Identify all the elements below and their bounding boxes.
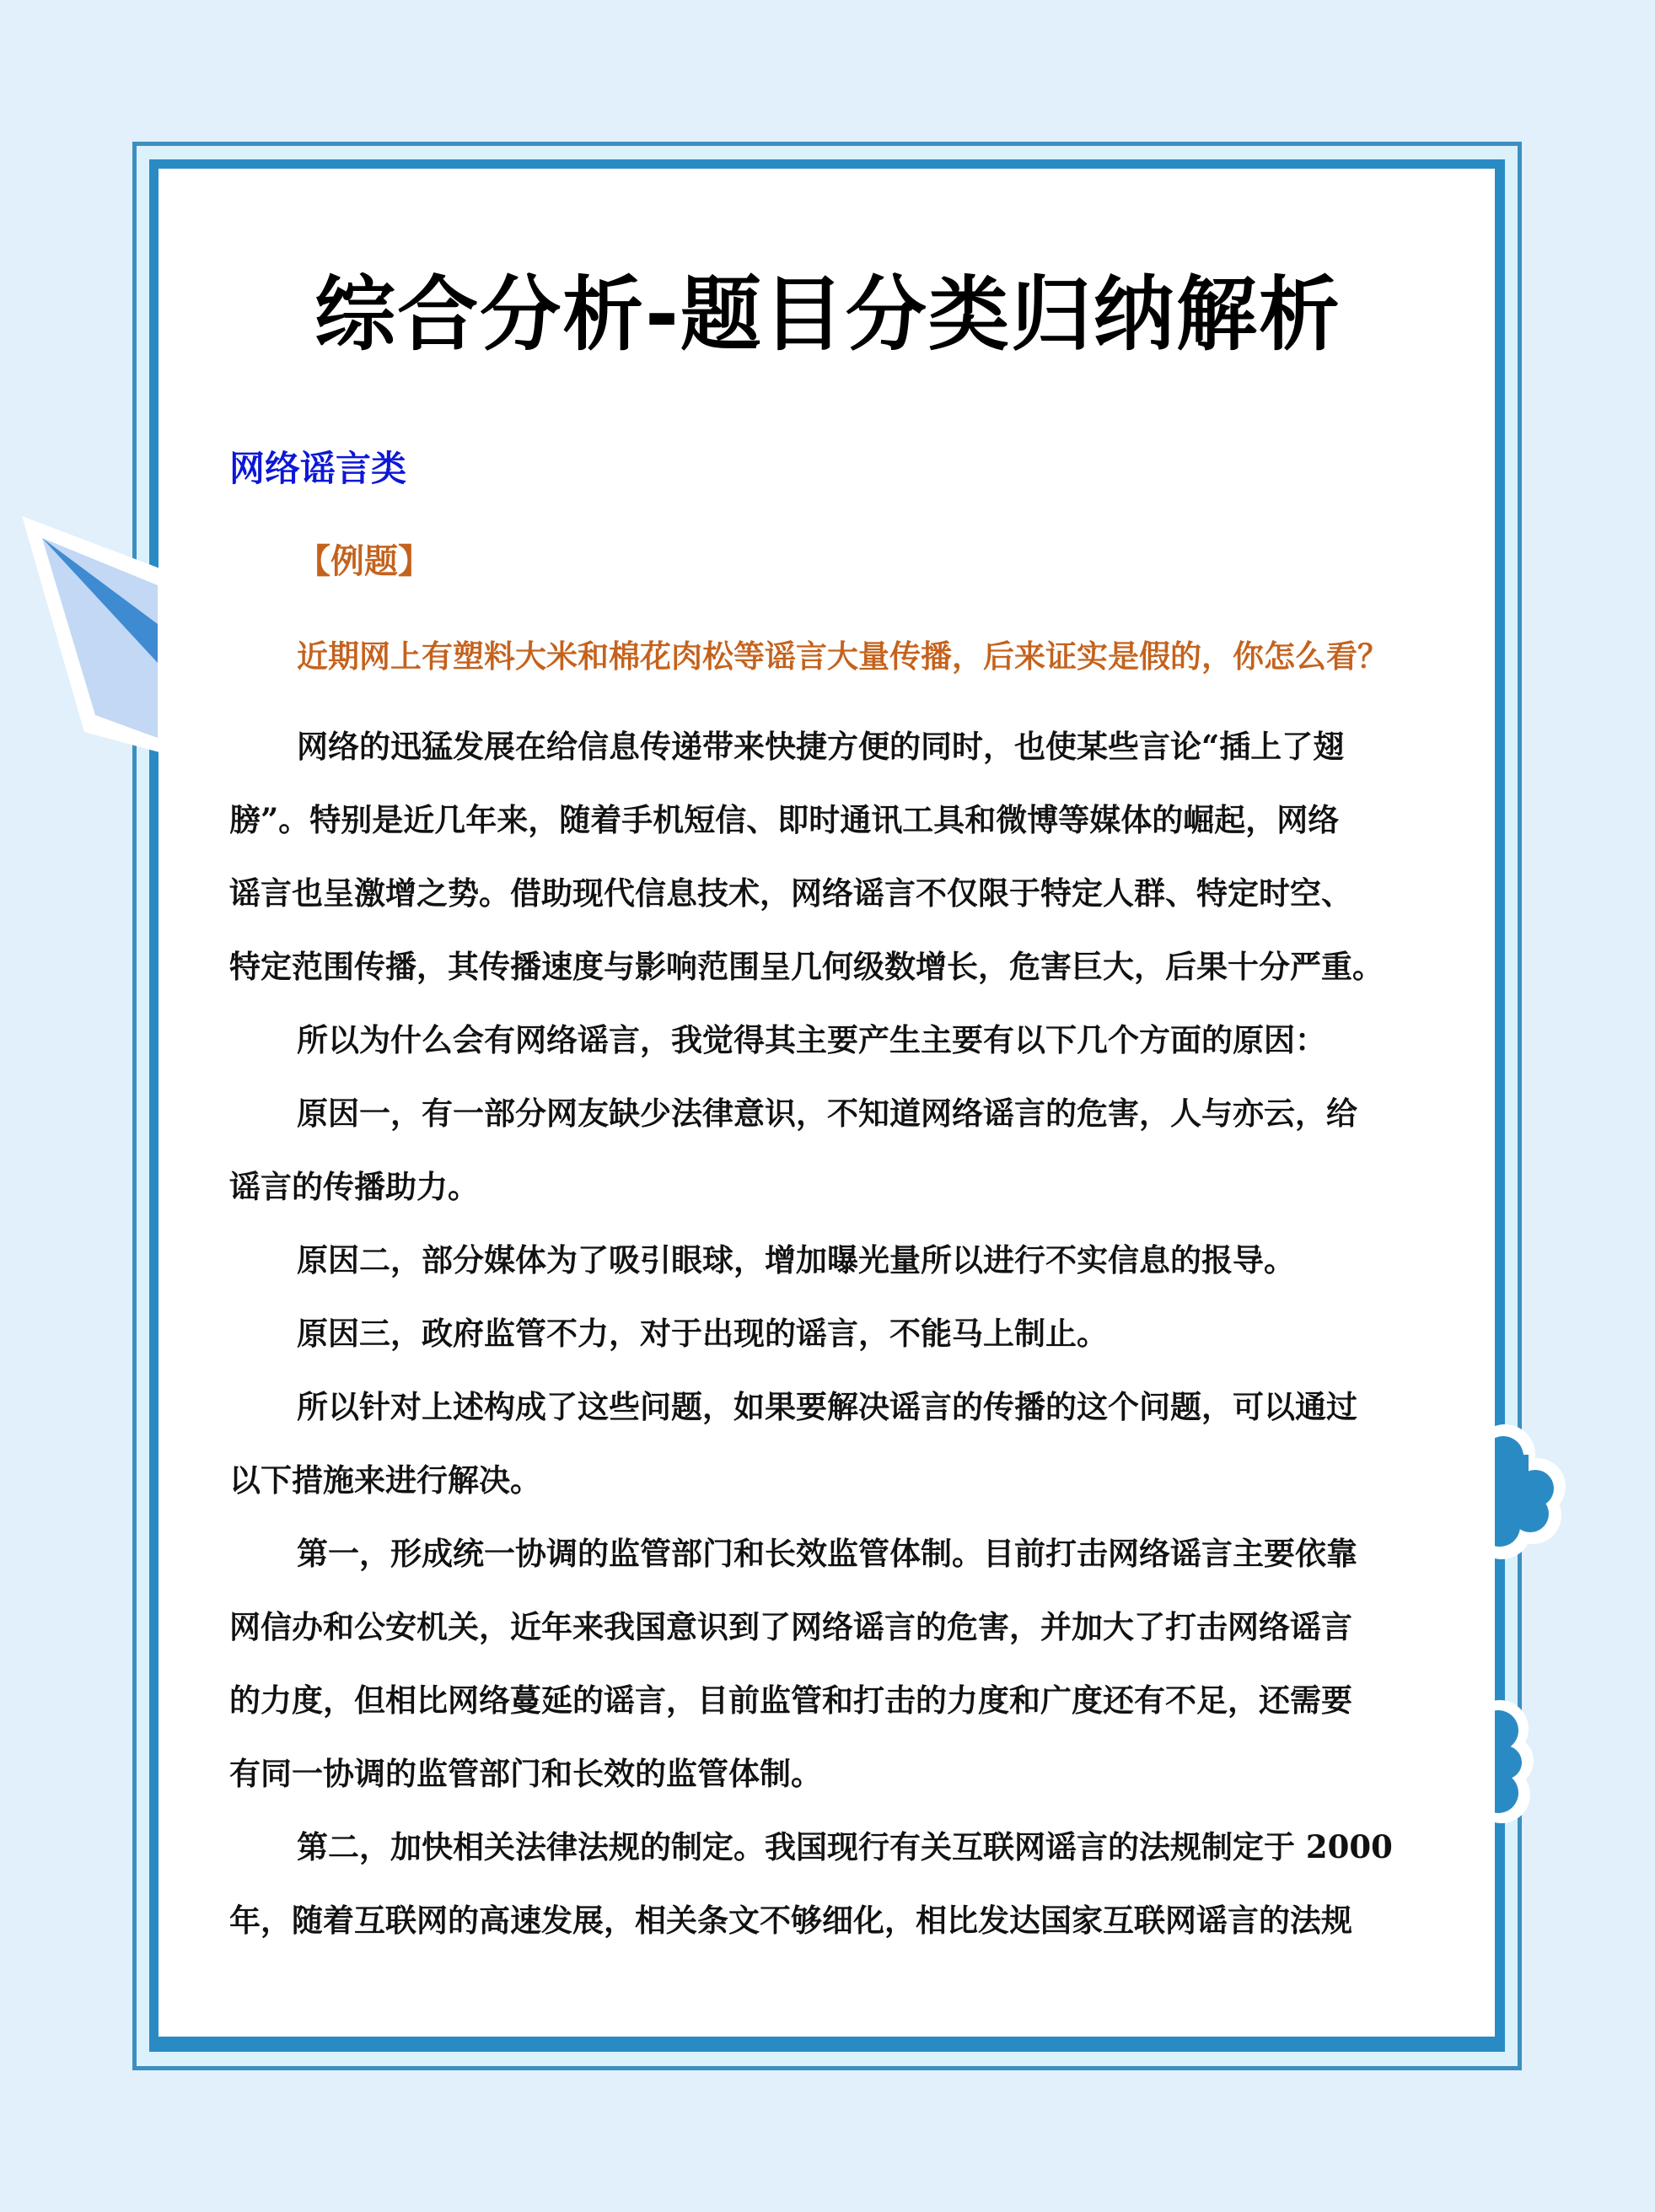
cloud-icon <box>1495 1421 1579 1560</box>
paragraph-line: 原因三，政府监管不力，对于出现的谣言，不能马上制止。 <box>229 1308 1435 1381</box>
paragraph-line: 网络的迅猛发展在给信息传递带来快捷方便的同时，也使某些言论“插上了翅 <box>229 721 1435 794</box>
paragraph-line: 第一，形成统一协调的监管部门和长效监管体制。目前打击网络谣言主要依靠 <box>229 1528 1435 1601</box>
paragraph-line: 特定范围传播，其传播速度与影响范围呈几何级数增长，危害巨大，后果十分严重。 <box>229 941 1435 1015</box>
paragraph-line: 的力度，但相比网络蔓延的谣言，目前监管和打击的力度和广度还有不足，还需要 <box>229 1675 1435 1748</box>
paragraph-line: 第二，加快相关法律法规的制定。我国现行有关互联网谣言的法规制定于 2000 <box>229 1822 1435 1895</box>
paragraph-line: 所以为什么会有网络谣言，我觉得其主要产生主要有以下几个方面的原因： <box>229 1015 1435 1088</box>
example-label: 【例题】 <box>297 538 432 585</box>
cloud-icon <box>1495 1695 1545 1830</box>
example-question: 近期网上有塑料大米和棉花肉松等谣言大量传播，后来证实是假的，你怎么看？ <box>297 632 1435 680</box>
paragraph-line: 年，随着互联网的高速发展，相关条文不够细化，相比发达国家互联网谣言的法规 <box>229 1895 1435 1968</box>
paragraph-line: 膀”。特别是近几年来，随着手机短信、即时通讯工具和微博等媒体的崛起，网络 <box>229 794 1435 868</box>
paragraph-line: 原因一，有一部分网友缺少法律意识，不知道网络谣言的危害，人与亦云，给 <box>229 1088 1435 1161</box>
paragraph-line: 有同一协调的监管部门和长效的监管体制。 <box>229 1748 1435 1822</box>
body-text: 网络的迅猛发展在给信息传递带来快捷方便的同时，也使某些言论“插上了翅膀”。特别是… <box>229 721 1435 1968</box>
paragraph-line: 谣言也呈激增之势。借助现代信息技术，网络谣言不仅限于特定人群、特定时空、 <box>229 868 1435 941</box>
paragraph-line: 原因二，部分媒体为了吸引眼球，增加曝光量所以进行不实信息的报导。 <box>229 1235 1435 1308</box>
paragraph-line: 网信办和公安机关，近年来我国意识到了网络谣言的危害，并加大了打击网络谣言 <box>229 1601 1435 1675</box>
paragraph-line: 所以针对上述构成了这些问题，如果要解决谣言的传播的这个问题，可以通过 <box>229 1381 1435 1455</box>
paragraph-line: 谣言的传播助力。 <box>229 1161 1435 1235</box>
page-title: 综合分析-题目分类归纳解析 <box>158 268 1498 361</box>
paragraph-line: 以下措施来进行解决。 <box>229 1455 1435 1528</box>
paper-plane-icon <box>0 498 169 767</box>
section-heading: 网络谣言类 <box>229 445 406 492</box>
